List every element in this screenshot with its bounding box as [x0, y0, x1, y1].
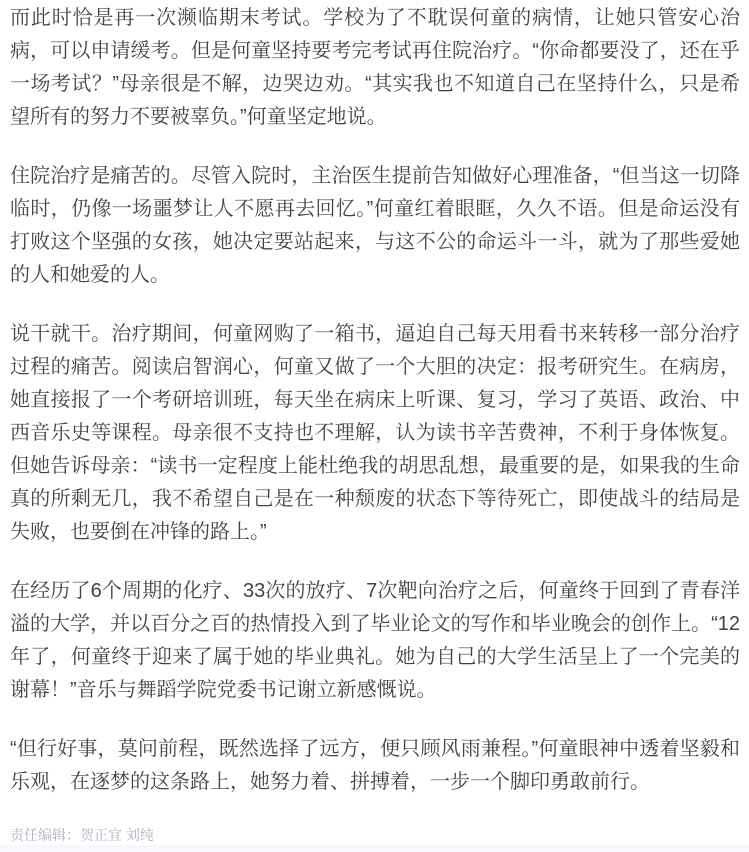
article-paragraph-3: 说干就干。治疗期间，何童网购了一箱书，逼迫自己每天用看书来转移一部分治疗过程的痛… — [10, 318, 740, 549]
editor-credit-names: 贺正宜 刘纯 — [80, 827, 154, 843]
article-paragraph-2: 住院治疗是痛苦的。尽管入院时，主治医生提前告知做好心理准备，“但当这一切降临时，… — [10, 160, 740, 292]
page-footer-strip — [0, 845, 749, 852]
article-paragraph-4: 在经历了6个周期的化疗、33次的放疗、7次靶向治疗之后，何童终于回到了青春洋溢的… — [10, 575, 740, 707]
editor-credit: 责任编辑：贺正宜 刘纯 — [10, 825, 740, 845]
article-paragraph-1: 而此时恰是再一次濒临期末考试。学校为了不耽误何童的病情，让她只管安心治病，可以申… — [10, 2, 740, 134]
editor-credit-label: 责任编辑： — [10, 827, 80, 843]
article-paragraph-5: “但行好事，莫问前程，既然选择了远方，便只顾风雨兼程。”何童眼神中透着坚毅和乐观… — [10, 733, 740, 799]
article-content: 而此时恰是再一次濒临期末考试。学校为了不耽误何童的病情，让她只管安心治病，可以申… — [0, 0, 749, 845]
